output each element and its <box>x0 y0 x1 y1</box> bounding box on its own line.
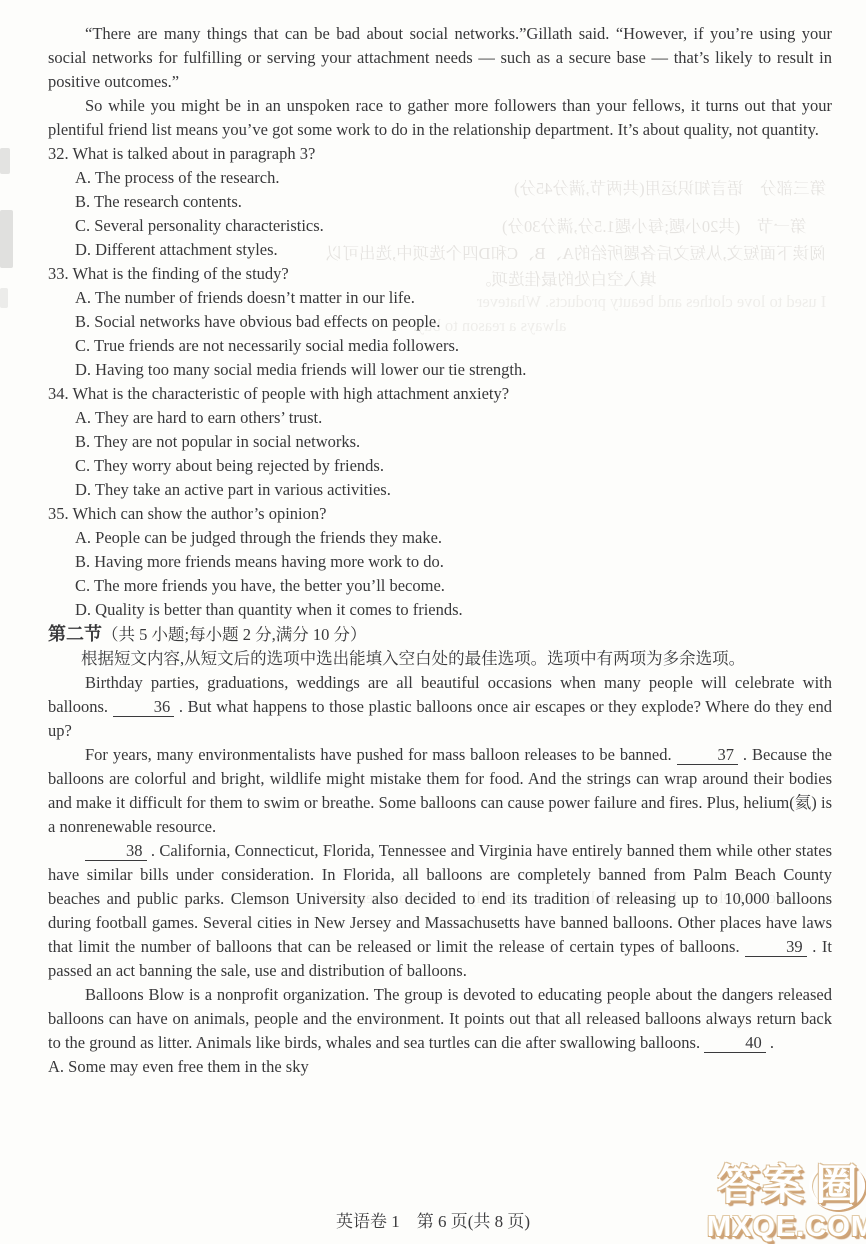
question-text: Which can show the author’s opinion? <box>72 504 326 523</box>
option-b: B. Social networks have obvious bad effe… <box>48 310 832 334</box>
option-b: B. Having more friends means having more… <box>48 550 832 574</box>
question-number: 35. <box>48 504 69 523</box>
section-2-heading: 第二节（共 5 小题;每小题 2 分,满分 10 分） <box>48 622 832 647</box>
option-c: C. True friends are not necessarily soci… <box>48 334 832 358</box>
question-number: 33. <box>48 264 69 283</box>
question-number: 34. <box>48 384 69 403</box>
question-text: What is the characteristic of people wit… <box>72 384 509 403</box>
option-b: B. The research contents. <box>48 190 832 214</box>
question-stem: 32. What is talked about in paragraph 3? <box>48 142 832 166</box>
watermark-chinese: 答案圈 <box>707 1162 866 1210</box>
option-b: B. They are not popular in social networ… <box>48 430 832 454</box>
section-2-score-info: （共 5 小题;每小题 2 分,满分 10 分） <box>102 625 366 644</box>
reading-paragraph: “There are many things that can be bad a… <box>48 22 832 94</box>
option-c: C. The more friends you have, the better… <box>48 574 832 598</box>
cloze-blank-38: 38 <box>85 841 147 861</box>
question-35: 35. Which can show the author’s opinion?… <box>48 502 832 622</box>
cloze-paragraph-4: Balloons Blow is a nonprofit organizatio… <box>48 983 832 1055</box>
option-c: C. They worry about being rejected by fr… <box>48 454 832 478</box>
section-2-instructions: 根据短文内容,从短文后的选项中选出能填入空白处的最佳选项。选项中有两项为多余选项… <box>48 647 832 671</box>
cloze-blank-37: 37 <box>677 745 739 765</box>
option-d: D. Having too many social media friends … <box>48 358 832 382</box>
cloze-paragraph-2: For years, many environmentalists have p… <box>48 743 832 839</box>
question-stem: 35. Which can show the author’s opinion? <box>48 502 832 526</box>
cloze-paragraph-1: Birthday parties, graduations, weddings … <box>48 671 832 743</box>
question-stem: 34. What is the characteristic of people… <box>48 382 832 406</box>
option-a: A. They are hard to earn others’ trust. <box>48 406 832 430</box>
question-text: What is talked about in paragraph 3? <box>72 144 315 163</box>
question-33: 33. What is the finding of the study? A.… <box>48 262 832 382</box>
option-d: D. Quality is better than quantity when … <box>48 598 832 622</box>
option-d: D. They take an active part in various a… <box>48 478 832 502</box>
watermark-url: MXQE.COM <box>707 1210 866 1244</box>
cloze-paragraph-3: 38 . California, Connecticut, Florida, T… <box>48 839 832 983</box>
option-a: A. The number of friends doesn’t matter … <box>48 286 832 310</box>
exam-page-content: “There are many things that can be bad a… <box>0 0 866 1244</box>
cloze-blank-40: 40 <box>704 1033 766 1053</box>
option-d: D. Different attachment styles. <box>48 238 832 262</box>
option-a: A. People can be judged through the frie… <box>48 526 832 550</box>
cloze-blank-39: 39 <box>745 937 807 957</box>
option-c: C. Several personality characteristics. <box>48 214 832 238</box>
question-34: 34. What is the characteristic of people… <box>48 382 832 502</box>
question-number: 32. <box>48 144 69 163</box>
question-text: What is the finding of the study? <box>72 264 288 283</box>
question-32: 32. What is talked about in paragraph 3?… <box>48 142 832 262</box>
reading-paragraph: So while you might be in an unspoken rac… <box>48 94 832 142</box>
scanned-exam-page: { "reading": { "para1": "“There are many… <box>0 0 866 1244</box>
watermark-circled-char: 圈 <box>809 1162 865 1210</box>
answer-site-watermark: 答案圈 MXQE.COM <box>707 1162 866 1244</box>
option-a: A. The process of the research. <box>48 166 832 190</box>
choice-option-a: A. Some may even free them in the sky <box>48 1055 832 1079</box>
cloze-blank-36: 36 <box>113 697 175 717</box>
question-stem: 33. What is the finding of the study? <box>48 262 832 286</box>
section-2-title: 第二节 <box>48 624 102 644</box>
